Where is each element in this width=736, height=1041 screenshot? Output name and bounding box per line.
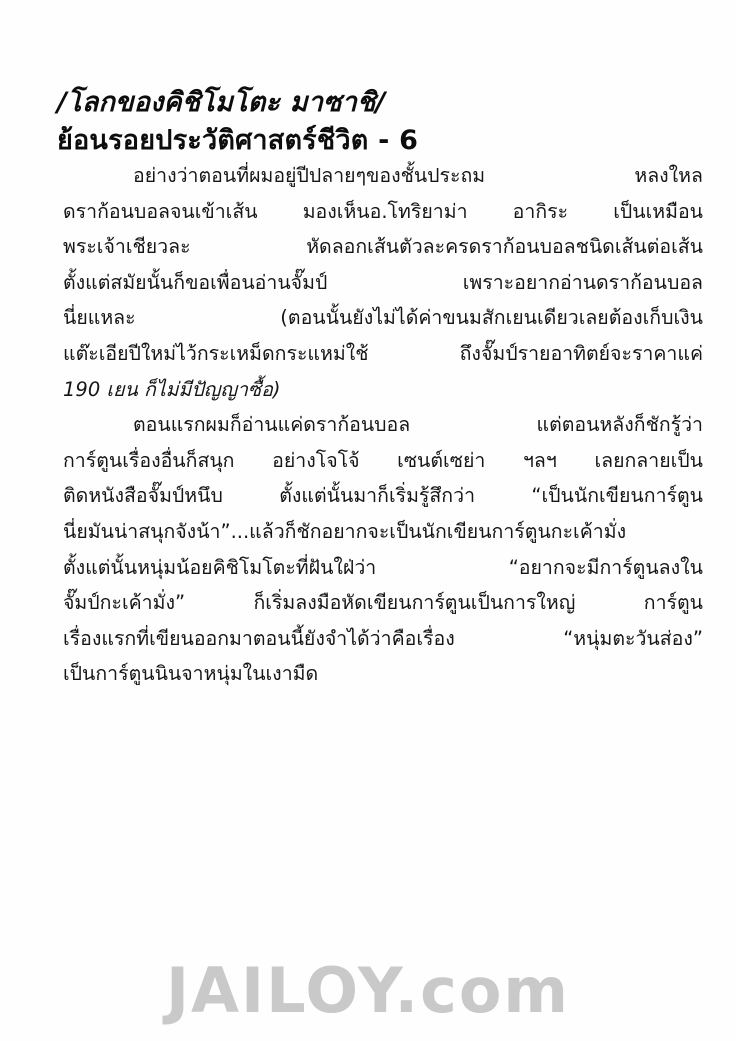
paragraph-1-line-3: พระเจ้าเชียวละ หัดลอกเส้นตัวละครดราก้อนบ…: [63, 229, 703, 265]
paragraph-2-line-4: นี่ยมันน่าสนุกจังน้า”...แล้วก็ชักอยากจะเ…: [63, 514, 703, 550]
scanned-page: /โลกของคิชิโมโตะ มาซาชิ/ ย้อนรอยประวัติศ…: [0, 0, 736, 1041]
paragraph-1-line-7: 190 เยน ก็ไม่มีปัญญาซื้อ): [63, 372, 703, 408]
site-watermark: JAILOY.com: [0, 958, 736, 1024]
paragraph-2-line-3: ติดหนังสือจั๊มป์หนึบ ตั้งแต่นั้นมาก็เริ่…: [63, 478, 703, 514]
paragraph-2-line-5: ตั้งแต่นั้นหนุ่มน้อยคิชิโมโตะที่ฝันใฝ่ว่…: [63, 550, 703, 586]
paragraph-1-line-1: อย่างว่าตอนที่ผมอยู่ปีปลายๆของชั้นประถม …: [63, 158, 703, 194]
paragraph-2-line-6: จั๊มป์กะเค้ามั่ง” ก็เริ่มลงมือหัดเขียนกา…: [63, 585, 703, 621]
paragraph-2-line-8: เป็นการ์ตูนนินจาหนุ่มในเงามืด: [63, 656, 703, 692]
paragraph-1-line-2: ดราก้อนบอลจนเข้าเส้น มองเห็นอ.โทริยาม่า …: [63, 194, 703, 230]
chapter-heading: ย้อนรอยประวัติศาสตร์ชีวิต - 6: [57, 125, 418, 156]
chapter-title: /โลกของคิชิโมโตะ มาซาชิ/ ย้อนรอยประวัติศ…: [57, 84, 697, 160]
paragraph-2-line-7: เรื่องแรกที่เขียนออกมาตอนนี้ยังจำได้ว่าค…: [63, 621, 703, 657]
body-text: อย่างว่าตอนที่ผมอยู่ปีปลายๆของชั้นประถม …: [63, 158, 703, 692]
paragraph-1-line-4: ตั้งแต่สมัยนั้นก็ขอเพื่อนอ่านจั๊มป์ เพรา…: [63, 265, 703, 301]
series-title: /โลกของคิชิโมโตะ มาซาชิ/: [57, 87, 386, 118]
title-line-chapter: ย้อนรอยประวัติศาสตร์ชีวิต - 6: [57, 122, 697, 160]
paragraph-1-line-6: แต๊ะเอียปีใหม่ไว้กระเหม็ดกระแหม่ใช้ ถึงจ…: [63, 336, 703, 372]
paragraph-1-line-5: นี่ยแหละ (ตอนนั้นยังไม่ได้ค่าขนมสักเยนเด…: [63, 300, 703, 336]
title-line-series: /โลกของคิชิโมโตะ มาซาชิ/: [57, 84, 697, 122]
paragraph-2-line-2: การ์ตูนเรื่องอื่นก็สนุก อย่างโจโจ้ เซนต์…: [63, 443, 703, 479]
paragraph-2-line-1: ตอนแรกผมก็อ่านแค่ดราก้อนบอล แต่ตอนหลังก็…: [63, 407, 703, 443]
